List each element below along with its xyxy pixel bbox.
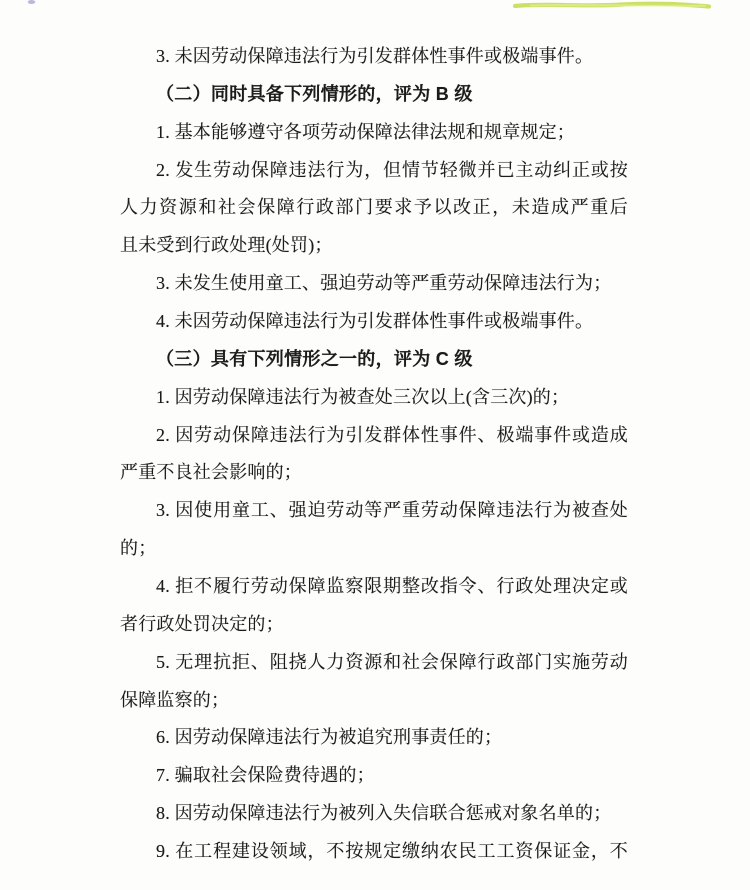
highlighter-stroke xyxy=(515,4,709,7)
text-line: 3. 未因劳动保障违法行为引发群体性事件或极端事件。 xyxy=(120,38,628,76)
text-line: 8. 因劳动保障违法行为被列入失信联合惩戒对象名单的； xyxy=(120,795,628,833)
text-line: （三）具有下列情形之一的，评为 C 级 xyxy=(120,341,628,379)
highlighter-glow xyxy=(531,5,705,6)
text-line: 者行政处罚决定的； xyxy=(120,606,628,644)
text-line: 且未受到行政处理(处罚)； xyxy=(120,227,628,265)
text-line: 1. 因劳动保障违法行为被查处三次以上(含三次)的； xyxy=(120,379,628,417)
text-line: 1. 基本能够遵守各项劳动保障法律法规和规章规定； xyxy=(120,114,628,152)
text-line: （二）同时具备下列情形的，评为 B 级 xyxy=(120,76,628,114)
text-line: 9. 在工程建设领域，不按规定缴纳农民工工资保证金，不 xyxy=(120,833,628,871)
text-line: 4. 拒不履行劳动保障监察限期整改指令、行政处理决定或 xyxy=(120,568,628,606)
text-line: 的； xyxy=(120,530,628,568)
text-lines: 3. 未因劳动保障违法行为引发群体性事件或极端事件。（二）同时具备下列情形的，评… xyxy=(120,38,628,871)
document-page: 3. 未因劳动保障违法行为引发群体性事件或极端事件。（二）同时具备下列情形的，评… xyxy=(0,0,750,890)
text-line: 6. 因劳动保障违法行为被追究刑事责任的； xyxy=(120,719,628,757)
text-line: 严重不良社会影响的； xyxy=(120,454,628,492)
ink-dot xyxy=(27,0,37,6)
text-line: 保障监察的； xyxy=(120,682,628,720)
text-line: 2. 发生劳动保障违法行为，但情节轻微并已主动纠正或按 xyxy=(120,152,628,190)
text-line: 人力资源和社会保障行政部门要求予以改正，未造成严重后果， xyxy=(120,189,628,227)
text-line: 5. 无理抗拒、阻挠人力资源和社会保障行政部门实施劳动 xyxy=(120,644,628,682)
text-line: 2. 因劳动保障违法行为引发群体性事件、极端事件或造成 xyxy=(120,417,628,455)
text-line: 3. 因使用童工、强迫劳动等严重劳动保障违法行为被查处 xyxy=(120,492,628,530)
text-line: 7. 骗取社会保险费待遇的； xyxy=(120,757,628,795)
highlighter-mark xyxy=(513,0,713,12)
text-line: 4. 未因劳动保障违法行为引发群体性事件或极端事件。 xyxy=(120,303,628,341)
text-line: 3. 未发生使用童工、强迫劳动等严重劳动保障违法行为； xyxy=(120,265,628,303)
ink-dot-shape xyxy=(28,0,36,4)
